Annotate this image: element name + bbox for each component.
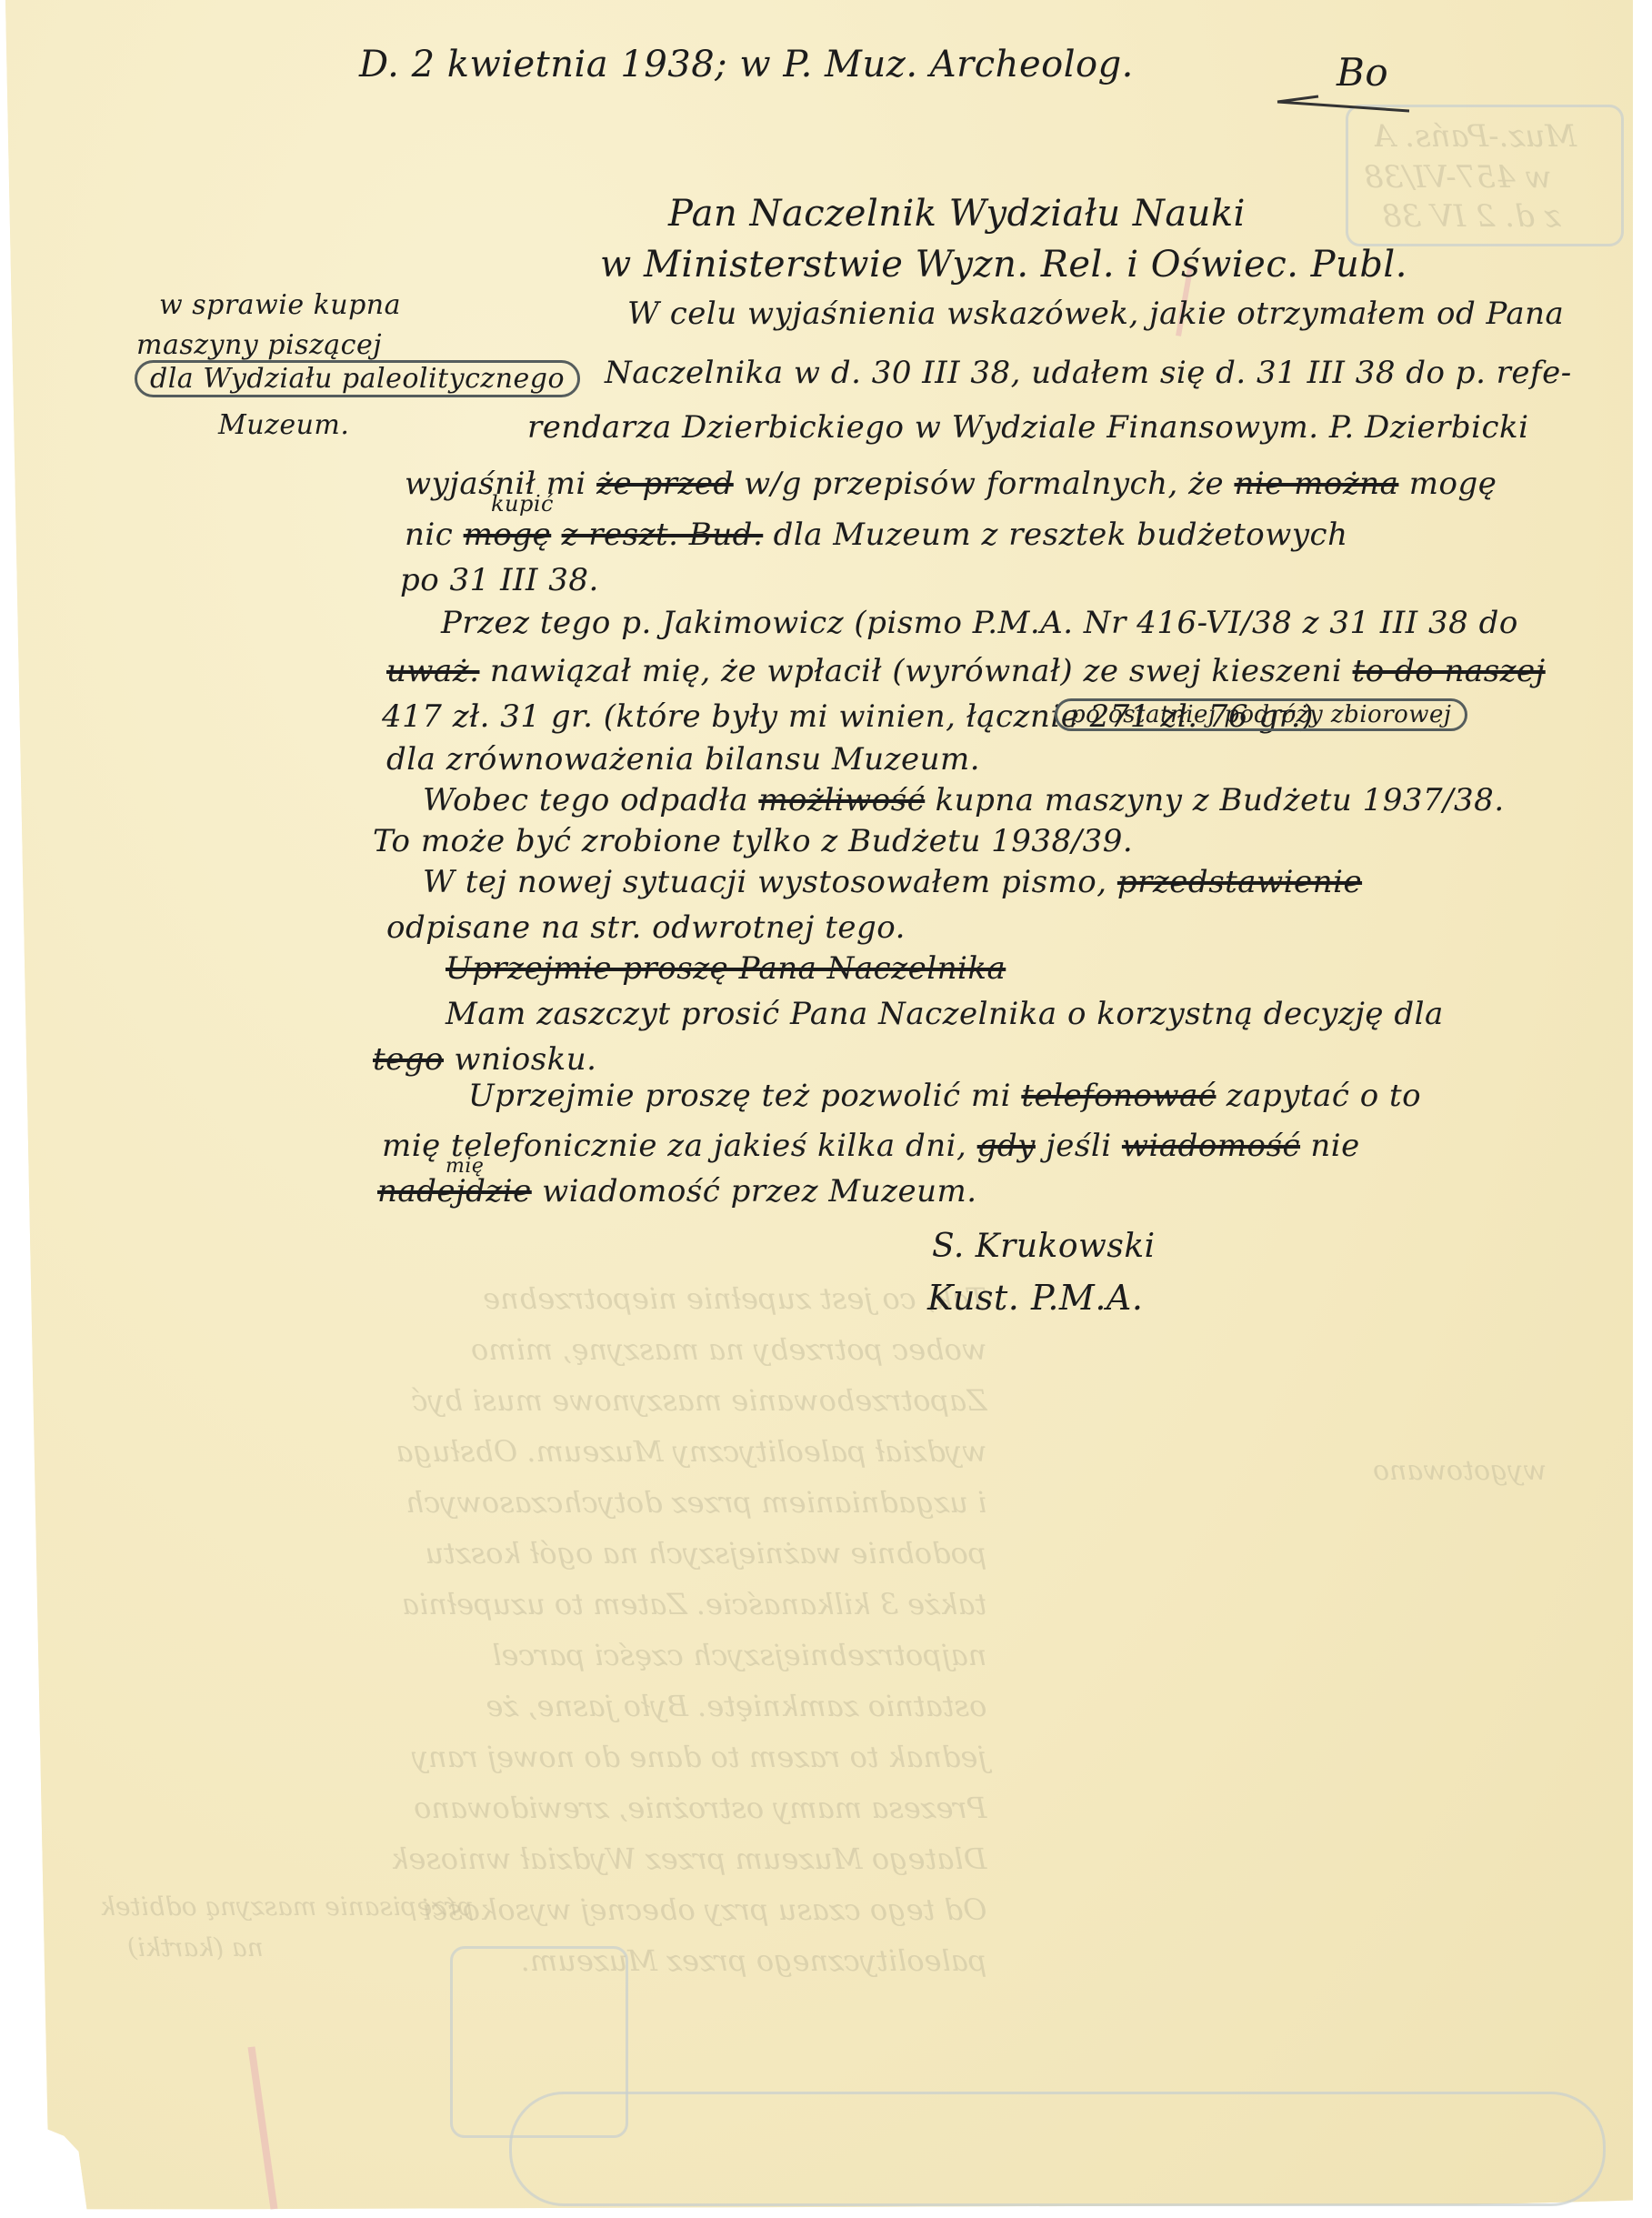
body-line-11: Wobec tego odpadła możliwość kupna maszy… <box>423 782 1505 818</box>
body-line-8-main: nawiązał mię, że wpłacił (wyrównał) ze s… <box>490 653 1342 689</box>
signature-title: Kust. P.M.A. <box>927 1278 1143 1318</box>
body-line-13-main: W tej nowej sytuacji wystosowałem pismo, <box>423 864 1107 900</box>
body-line-13: W tej nowej sytuacji wystosowałem pismo,… <box>423 864 1362 900</box>
struck-text: nadejdzie <box>377 1173 532 1209</box>
bleed-stamp-line-2: w 457-VI/38 <box>1364 159 1552 196</box>
struck-text: uważ. <box>386 653 480 689</box>
bleed-stamp-line-3: z d. 2 IV 38 <box>1382 198 1561 235</box>
struck-text: z reszt. Bud. <box>562 517 764 553</box>
struck-text: przedstawienie <box>1117 864 1362 900</box>
margin-note-line-4: Muzeum. <box>218 409 349 441</box>
struck-text: to do naszej <box>1353 653 1546 689</box>
margin-note-line-3: dla Wydziału paleolitycznego <box>135 360 580 397</box>
body-line-1: W celu wyjaśnienia wskazówek, jakie otrz… <box>627 296 1564 332</box>
body-line-11-end: kupna maszyny z Budżetu 1937/38. <box>936 782 1505 818</box>
body-line-18-mid: jeśli <box>1046 1128 1111 1164</box>
body-line-16: tego wniosku. <box>373 1041 596 1078</box>
insert-kupic: kupić <box>491 491 554 517</box>
struck-text: tego <box>373 1041 444 1078</box>
struck-text: gdy <box>977 1128 1036 1164</box>
struck-text: nie można <box>1234 466 1398 502</box>
body-line-6: po 31 III 38. <box>400 562 599 598</box>
bleed-right-note: wygotowano <box>1373 1455 1547 1487</box>
insert-circled-note: po ostatniej podróży zbiorowej <box>1055 698 1467 731</box>
body-line-17-end: zapytać o to <box>1226 1078 1421 1114</box>
body-line-4-end: mogę <box>1409 466 1497 502</box>
body-line-18-tail: nie <box>1310 1128 1359 1164</box>
body-line-7: Przez tego p. Jakimowicz (pismo P.M.A. N… <box>441 605 1518 641</box>
addressee-line-1: Pan Naczelnik Wydziału Nauki <box>668 193 1246 235</box>
body-line-19: nadejdzie wiadomość przez Muzeum. <box>377 1173 977 1209</box>
body-line-5: nic mogę z reszt. Bud. dla Muzeum z resz… <box>405 517 1347 553</box>
struck-text: możliwość <box>758 782 925 818</box>
body-line-11-start: Wobec tego odpadła <box>423 782 748 818</box>
addressee-line-2: w Ministerstwie Wyzn. Rel. i Oświec. Pub… <box>600 244 1407 286</box>
bleed-stamp-line-1: Muz.-Pańs. A <box>1373 118 1577 155</box>
bleed-bottom-left-2: na (kartki) <box>127 1932 264 1962</box>
body-line-17: Uprzejmie proszę też pozwolić mi telefon… <box>468 1078 1421 1114</box>
struck-text: mogę <box>464 517 552 553</box>
body-line-19-main: wiadomość przez Muzeum. <box>542 1173 976 1209</box>
signature-name: S. Krukowski <box>932 1228 1156 1265</box>
initials-mark: Bo <box>1337 50 1388 95</box>
body-line-10: dla zrównoważenia bilansu Muzeum. <box>386 741 980 778</box>
margin-note-line-1: w sprawie kupna <box>159 289 401 321</box>
bleed-text-block: Tak, co jest zupełnie niepotrzebne wobec… <box>391 1273 986 1986</box>
body-line-12: To może być zrobione tylko z Budżetu 193… <box>373 823 1133 859</box>
struck-text: telefonować <box>1021 1078 1216 1114</box>
body-line-4-mid: w/g przepisów formalnych, że <box>744 466 1224 502</box>
body-line-2: Naczelnika w d. 30 III 38, udałem się d.… <box>605 355 1572 391</box>
bleed-bottom-oval <box>509 2092 1606 2206</box>
body-line-15: Mam zaszczyt prosić Pana Naczelnika o ko… <box>446 996 1444 1032</box>
body-line-17-main: Uprzejmie proszę też pozwolić mi <box>468 1078 1011 1114</box>
struck-text: wiadomość <box>1122 1128 1300 1164</box>
struck-text: że przed <box>596 466 734 502</box>
body-line-8: uważ. nawiązał mię, że wpłacił (wyrównał… <box>386 653 1546 689</box>
body-line-5-end: dla Muzeum z resztek budżetowych <box>774 517 1348 553</box>
body-line-5-start: nic <box>405 517 453 553</box>
body-line-18: mię telefonicznie za jakieś kilka dni, g… <box>382 1128 1360 1164</box>
struck-line: Uprzejmie proszę Pana Naczelnika <box>446 950 1006 987</box>
arrow-mark-icon <box>1273 91 1418 118</box>
body-line-16-main: wniosku. <box>454 1041 596 1078</box>
margin-note-line-2: maszyny piszącej <box>136 329 382 361</box>
dateline: D. 2 kwietnia 1938; w P. Muz. Archeolog. <box>359 44 1134 85</box>
body-line-14: odpisane na str. odwrotnej tego. <box>386 909 906 946</box>
body-line-3: rendarza Dzierbickiego w Wydziale Finans… <box>527 409 1529 446</box>
body-line-4: wyjaśnił mi że przed w/g przepisów forma… <box>405 466 1497 502</box>
